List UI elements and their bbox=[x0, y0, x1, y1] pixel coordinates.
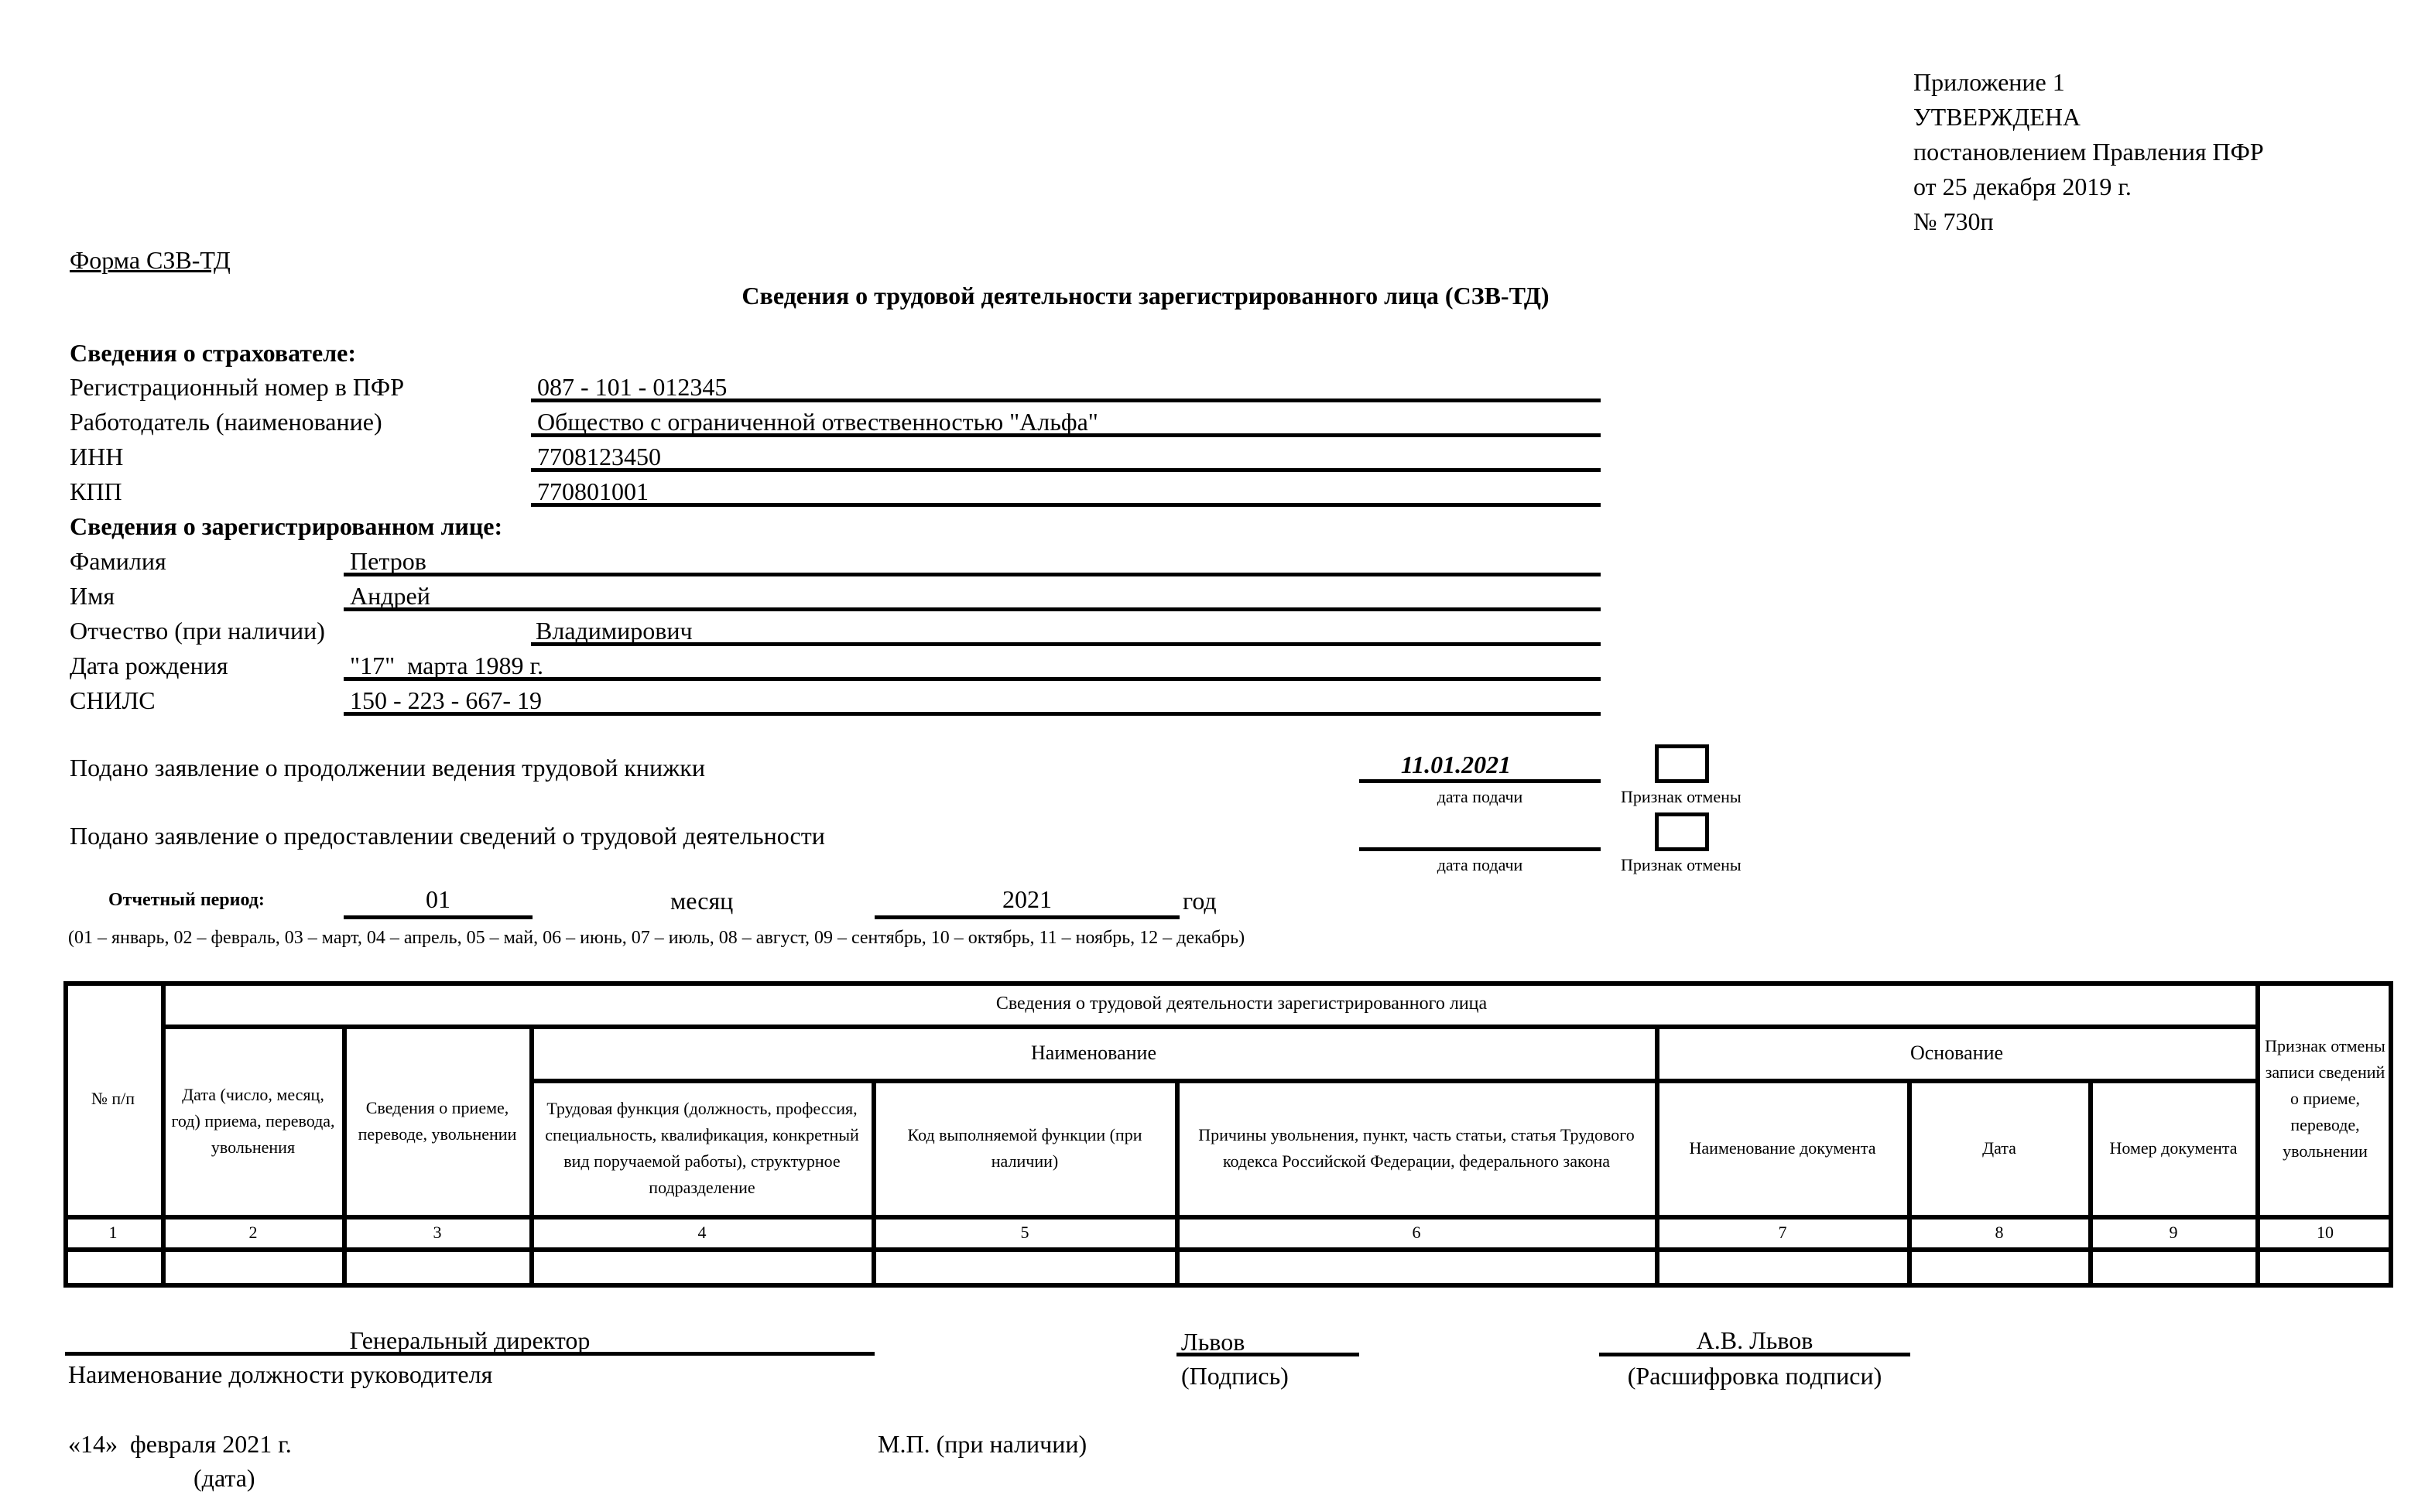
application-workbook-label: Подано заявление о продолжении ведения т… bbox=[70, 752, 705, 783]
col-header-number: № п/п bbox=[63, 981, 163, 1216]
application-info-date-caption: дата подачи bbox=[1359, 854, 1601, 876]
inn-value[interactable]: 7708123450 bbox=[537, 441, 661, 472]
table-border bbox=[1655, 1025, 1659, 1288]
page-title: Сведения о трудовой деятельности зарегис… bbox=[0, 280, 2418, 311]
col-number: 10 bbox=[2257, 1216, 2393, 1249]
table-cell[interactable] bbox=[1909, 1249, 2090, 1286]
birthdate-underline bbox=[344, 677, 1601, 681]
col-number: 4 bbox=[531, 1216, 873, 1249]
table-cell[interactable] bbox=[63, 1249, 163, 1286]
period-year-label: год bbox=[1183, 885, 1217, 916]
approval-line: постановлением Правления ПФР bbox=[1913, 136, 2264, 167]
table-border bbox=[342, 1025, 347, 1288]
surname-value[interactable]: Петров bbox=[350, 546, 426, 576]
director-position-value[interactable]: Генеральный директор bbox=[65, 1325, 875, 1356]
col-number: 3 bbox=[344, 1216, 531, 1249]
col-header-doc-number: Номер документа bbox=[2090, 1080, 2257, 1216]
group-header-activity: Сведения о трудовой деятельности зарегис… bbox=[163, 981, 2320, 1026]
period-year-value[interactable]: 2021 bbox=[875, 884, 1180, 915]
table-cell[interactable] bbox=[344, 1249, 531, 1286]
table-border bbox=[63, 1215, 2393, 1220]
col-header-doc-date: Дата bbox=[1909, 1080, 2090, 1216]
period-year-underline bbox=[875, 915, 1180, 919]
table-border bbox=[529, 1025, 534, 1288]
application-info-label: Подано заявление о предоставлении сведен… bbox=[70, 820, 825, 851]
page-title-text: Сведения о трудовой деятельности зарегис… bbox=[741, 282, 1549, 310]
table-cell[interactable] bbox=[163, 1249, 344, 1286]
table-border bbox=[63, 1283, 2393, 1288]
name-label: Имя bbox=[70, 580, 115, 611]
table-cell[interactable] bbox=[2090, 1249, 2257, 1286]
application-info-cancel-caption: Признак отмены bbox=[1621, 854, 1742, 876]
application-workbook-date-underline bbox=[1359, 779, 1601, 783]
col-number: 5 bbox=[873, 1216, 1176, 1249]
approval-line: Приложение 1 bbox=[1913, 67, 2065, 97]
patronymic-value[interactable]: Владимирович bbox=[536, 615, 693, 646]
name-value[interactable]: Андрей bbox=[350, 580, 430, 611]
employer-label: Работодатель (наименование) bbox=[70, 406, 382, 437]
patronymic-underline bbox=[531, 642, 1601, 646]
col-header-doc-name: Наименование документа bbox=[1656, 1080, 1909, 1216]
approval-line: № 730п bbox=[1913, 206, 1994, 237]
table-border bbox=[1175, 1079, 1180, 1288]
kpp-label: КПП bbox=[70, 476, 122, 507]
col-number: 8 bbox=[1909, 1216, 2090, 1249]
col-header-date: Дата (число, месяц, год) приема, перевод… bbox=[163, 1026, 344, 1216]
table-border bbox=[163, 1025, 2260, 1029]
period-legend: (01 – январь, 02 – февраль, 03 – март, 0… bbox=[68, 926, 1245, 949]
table-cell[interactable] bbox=[531, 1249, 873, 1286]
employer-underline bbox=[531, 433, 1601, 437]
application-workbook-date[interactable]: 11.01.2021 bbox=[1359, 749, 1553, 780]
birthdate-value[interactable]: "17" марта 1989 г. bbox=[350, 650, 543, 681]
signature-caption: (Подпись) bbox=[1181, 1360, 1289, 1391]
snils-label: СНИЛС bbox=[70, 685, 156, 716]
application-workbook-cancel-caption: Признак отмены bbox=[1621, 786, 1742, 808]
insurer-heading: Сведения о страхователе: bbox=[70, 337, 356, 368]
col-header-cancel-flag: Признак отмены записи сведений о приеме,… bbox=[2257, 981, 2393, 1216]
inn-underline bbox=[531, 468, 1601, 472]
col-number: 9 bbox=[2090, 1216, 2257, 1249]
table-border bbox=[1907, 1079, 1912, 1288]
approval-line: от 25 декабря 2019 г. bbox=[1913, 171, 2132, 202]
table-cell[interactable] bbox=[2257, 1249, 2393, 1286]
period-month-value[interactable]: 01 bbox=[344, 884, 533, 915]
kpp-value[interactable]: 770801001 bbox=[537, 476, 649, 507]
surname-underline bbox=[344, 573, 1601, 576]
signature-decode-value[interactable]: А.В. Львов bbox=[1599, 1325, 1910, 1356]
reg-number-underline bbox=[531, 399, 1601, 402]
table-border bbox=[872, 1079, 876, 1288]
table-border bbox=[63, 981, 2393, 986]
patronymic-label: Отчество (при наличии) bbox=[70, 615, 325, 646]
table-cell[interactable] bbox=[873, 1249, 1176, 1286]
table-border bbox=[2255, 981, 2260, 1288]
col-header-labor-function: Трудовая функция (должность, профессия, … bbox=[531, 1080, 873, 1216]
name-underline bbox=[344, 607, 1601, 611]
group-header-basis: Основание bbox=[1656, 1026, 2257, 1080]
period-month-label: месяц bbox=[670, 885, 733, 916]
kpp-underline bbox=[531, 503, 1601, 507]
table-cell[interactable] bbox=[1656, 1249, 1909, 1286]
snils-value[interactable]: 150 - 223 - 667- 19 bbox=[350, 685, 542, 716]
form-code: Форма СЗВ-ТД bbox=[70, 245, 231, 275]
col-number: 7 bbox=[1656, 1216, 1909, 1249]
table-border bbox=[531, 1079, 2260, 1083]
application-info-date-underline bbox=[1359, 847, 1601, 851]
person-heading: Сведения о зарегистрированном лице: bbox=[70, 511, 502, 542]
director-position-caption: Наименование должности руководителя bbox=[68, 1359, 492, 1390]
stamp-placeholder: М.П. (при наличии) bbox=[878, 1428, 1087, 1459]
table-border bbox=[161, 981, 166, 1288]
col-number: 6 bbox=[1176, 1216, 1656, 1249]
col-number: 2 bbox=[163, 1216, 344, 1249]
group-header-name: Наименование bbox=[531, 1026, 1656, 1080]
surname-label: Фамилия bbox=[70, 546, 166, 576]
col-header-function-code: Код выполняемой функции (при наличии) bbox=[873, 1080, 1176, 1216]
application-workbook-date-caption: дата подачи bbox=[1359, 786, 1601, 808]
col-header-event: Сведения о приеме, переводе, увольнении bbox=[344, 1026, 531, 1216]
snils-underline bbox=[344, 712, 1601, 716]
application-workbook-cancel-checkbox[interactable] bbox=[1655, 744, 1709, 783]
application-info-cancel-checkbox[interactable] bbox=[1655, 812, 1709, 851]
period-label: Отчетный период: bbox=[108, 888, 265, 912]
signature-decode-underline bbox=[1599, 1353, 1910, 1356]
birthdate-label: Дата рождения bbox=[70, 650, 228, 681]
sign-date-value[interactable]: «14» февраля 2021 г. bbox=[68, 1428, 292, 1459]
employer-value[interactable]: Общество с ограниченной отвественностью … bbox=[537, 406, 1098, 437]
col-header-dismissal-reason: Причины увольнения, пункт, часть статьи,… bbox=[1176, 1080, 1656, 1216]
table-border bbox=[63, 981, 68, 1288]
period-month-underline bbox=[344, 915, 533, 919]
sign-date-caption: (дата) bbox=[194, 1462, 255, 1493]
table-border bbox=[2389, 981, 2393, 1288]
signature-decode-caption: (Расшифровка подписи) bbox=[1599, 1360, 1910, 1391]
reg-number-value[interactable]: 087 - 101 - 012345 bbox=[537, 371, 727, 402]
table-cell[interactable] bbox=[1176, 1249, 1656, 1286]
director-position-underline bbox=[65, 1352, 875, 1356]
table-border bbox=[2088, 1079, 2093, 1288]
col-number: 1 bbox=[63, 1216, 163, 1249]
employment-table: № п/п Сведения о трудовой деятельности з… bbox=[63, 981, 2393, 1288]
inn-label: ИНН bbox=[70, 441, 123, 472]
reg-number-label: Регистрационный номер в ПФР bbox=[70, 371, 404, 402]
signature-underline bbox=[1176, 1353, 1359, 1356]
approval-line: УТВЕРЖДЕНА bbox=[1913, 101, 2081, 132]
table-border bbox=[63, 1247, 2393, 1252]
